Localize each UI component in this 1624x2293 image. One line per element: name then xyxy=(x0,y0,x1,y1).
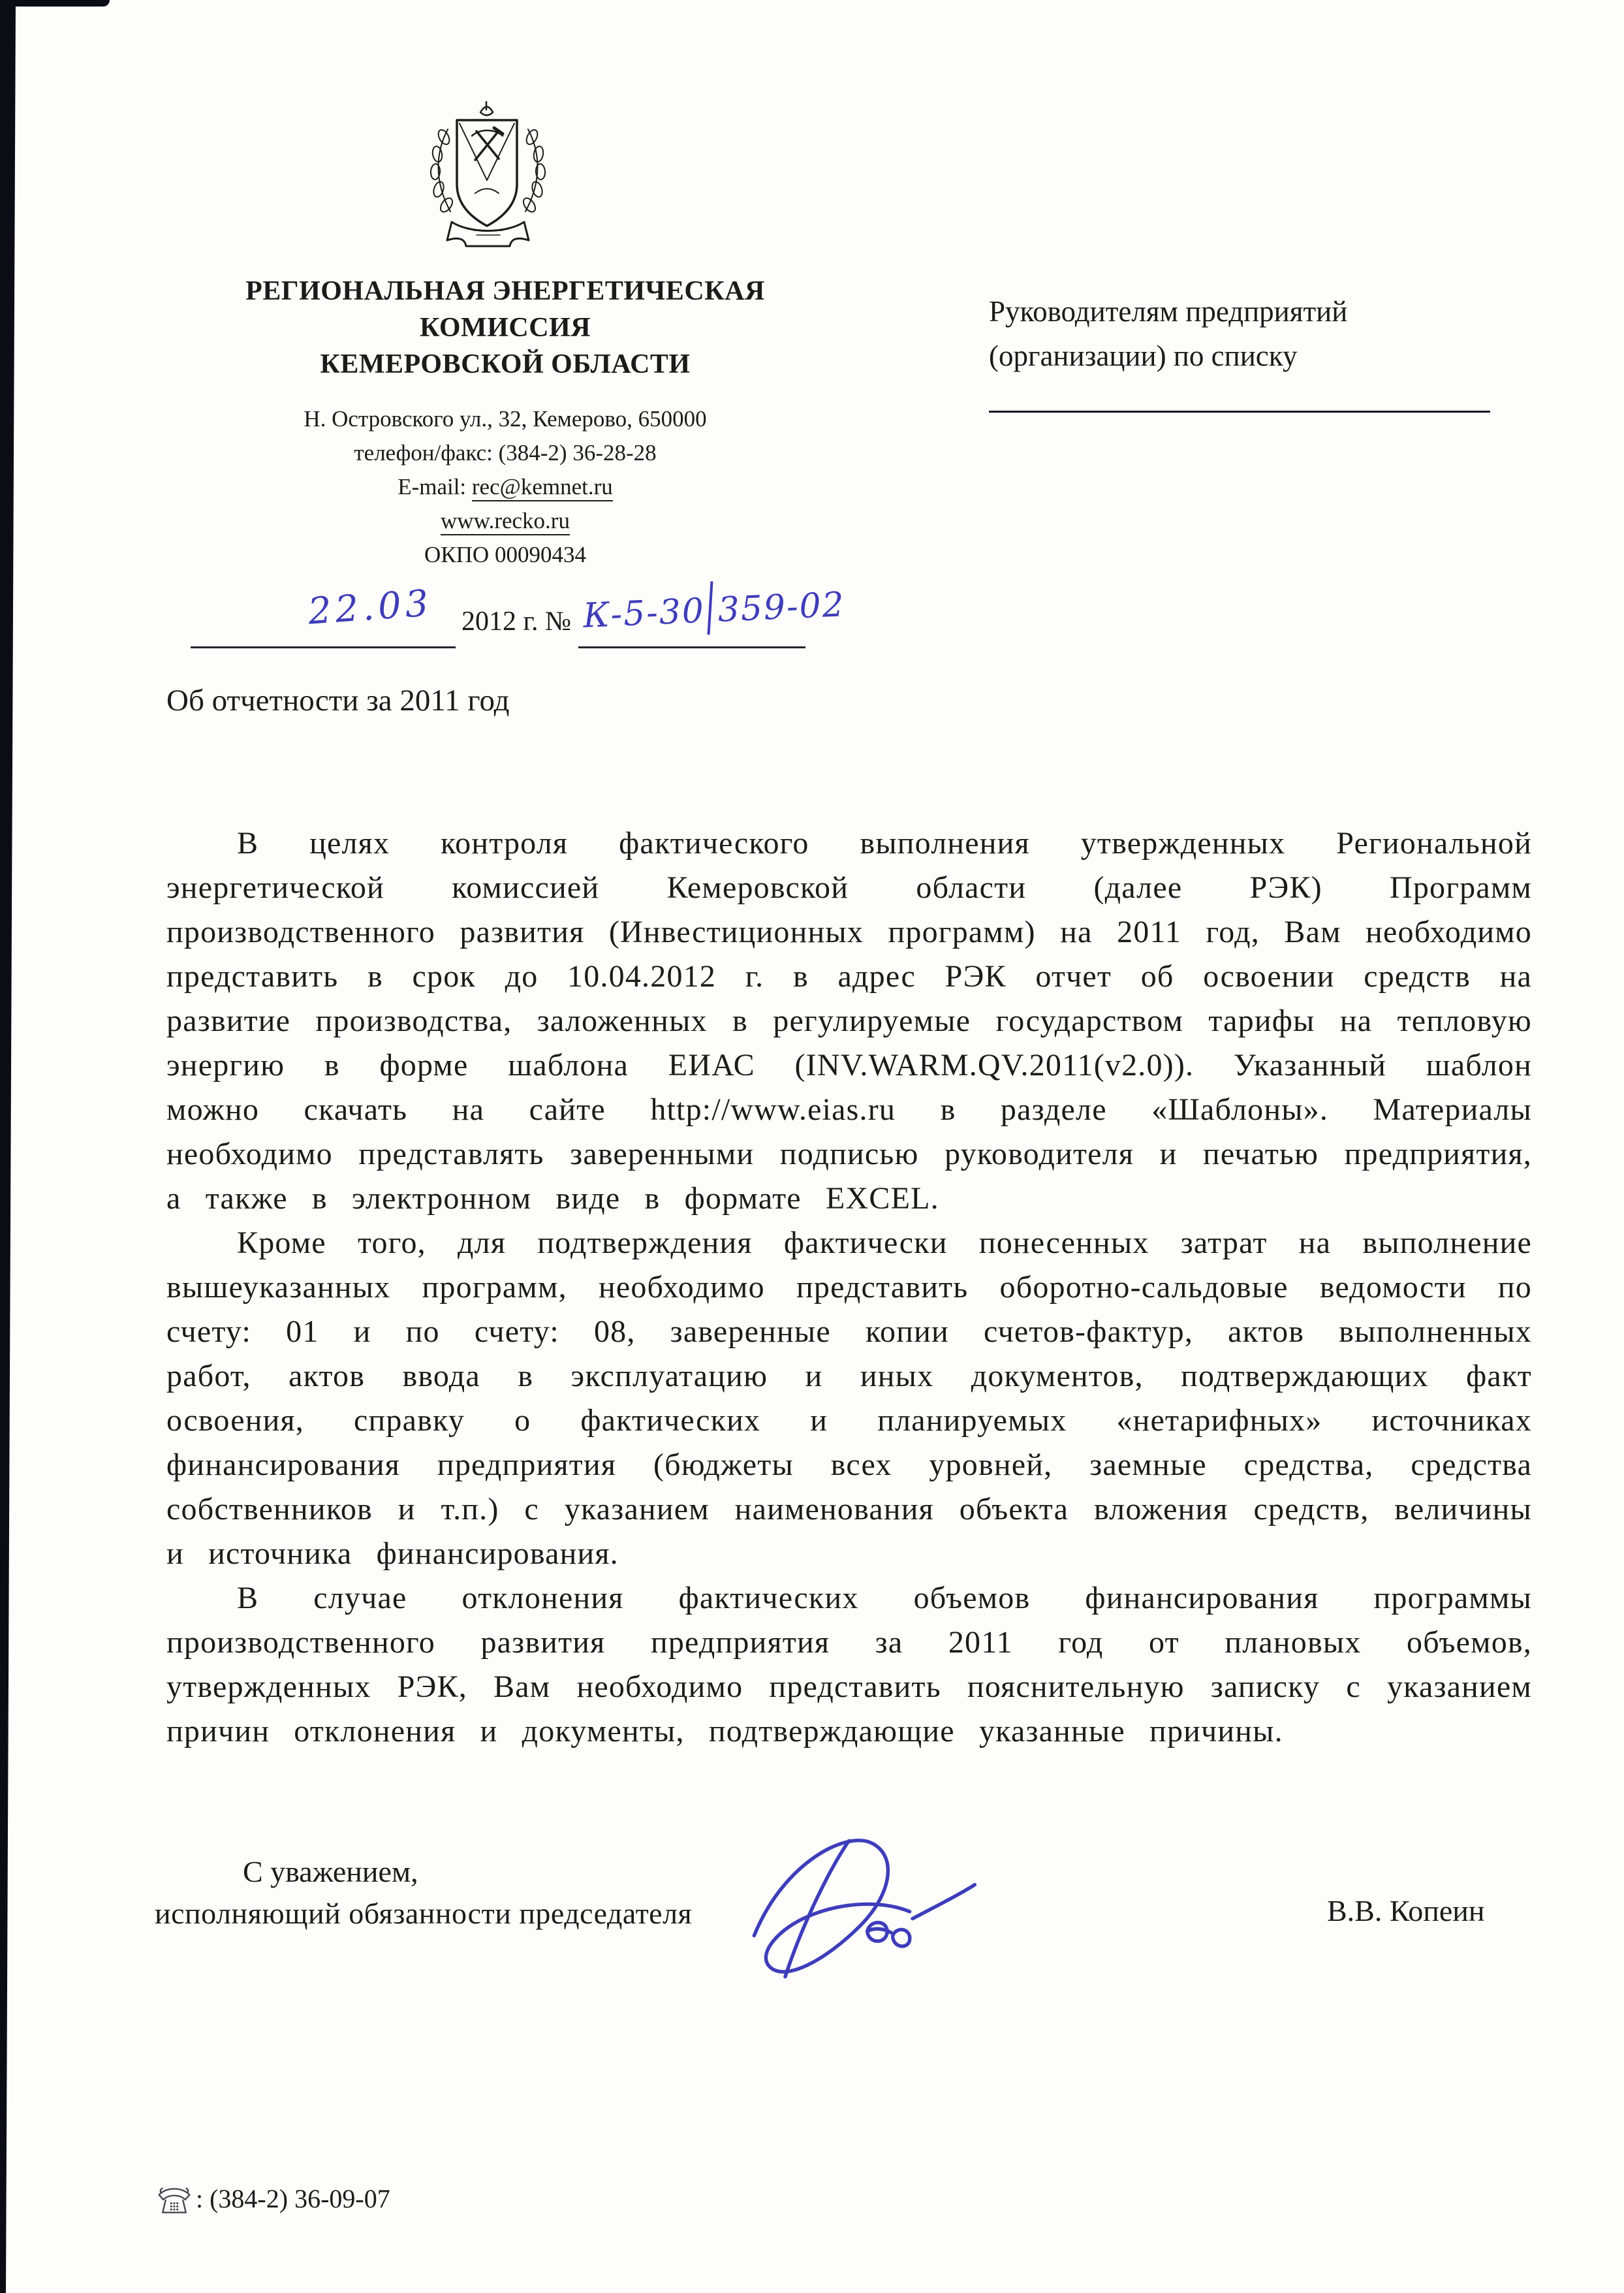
recipient-line1: Руководителям предприятий xyxy=(989,289,1505,334)
org-phone-fax: телефон/факс: (384-2) 36-28-28 xyxy=(164,436,846,470)
signature-autograph xyxy=(741,1828,982,1998)
closing-line: С уважением, xyxy=(243,1854,418,1889)
telephone-icon xyxy=(155,2185,193,2216)
body-paragraph-1: В целях контроля фактического выполнения… xyxy=(166,821,1532,1221)
handwritten-number-divider xyxy=(707,581,713,635)
subject-line: Об отчетности за 2011 год xyxy=(166,683,510,718)
org-okpo: ОКПО 00090434 xyxy=(164,538,846,572)
signer-name: В.В. Копеин xyxy=(1327,1893,1485,1928)
org-name-line2: КОМИССИЯ xyxy=(164,309,846,346)
body-paragraph-3: В случае отклонения фактических объемов … xyxy=(166,1576,1532,1754)
org-contacts: Н. Островского ул., 32, Кемерово, 650000… xyxy=(164,402,846,572)
handwritten-number: К-5-30359-02 xyxy=(582,575,846,640)
org-name-line1: РЕГИОНАЛЬНАЯ ЭНЕРГЕТИЧЕСКАЯ xyxy=(164,273,846,309)
email-address: rec@kemnet.ru xyxy=(472,474,613,501)
email-label: E-mail: xyxy=(398,474,472,499)
org-address: Н. Островского ул., 32, Кемерово, 650000 xyxy=(164,402,846,436)
body-paragraph-2: Кроме того, для подтверждения фактически… xyxy=(166,1221,1532,1576)
handwritten-number-part2: 359-02 xyxy=(717,585,846,629)
website-url: www.recko.ru xyxy=(441,508,570,535)
org-name-line3: КЕМЕРОВСКОЙ ОБЛАСТИ xyxy=(164,346,846,383)
recipient-line2: (организации) по списку xyxy=(989,334,1505,378)
number-underline xyxy=(578,646,805,648)
org-email-line: E-mail: rec@kemnet.ru xyxy=(164,470,846,504)
footer-phone-line: : (384-2) 36-09-07 xyxy=(155,2182,390,2216)
footer-phone-number: : (384-2) 36-09-07 xyxy=(196,2182,390,2216)
scanned-letter-page: РЕГИОНАЛЬНАЯ ЭНЕРГЕТИЧЕСКАЯ КОМИССИЯ КЕМ… xyxy=(0,0,1624,2293)
kemerovo-coat-of-arms-icon xyxy=(418,95,558,252)
letterhead-block: РЕГИОНАЛЬНАЯ ЭНЕРГЕТИЧЕСКАЯ КОМИССИЯ КЕМ… xyxy=(164,273,846,572)
reference-year-label: 2012 г. № xyxy=(461,606,571,637)
recipient-underline xyxy=(989,411,1490,413)
handwritten-date: 22.03 xyxy=(307,582,433,633)
org-name: РЕГИОНАЛЬНАЯ ЭНЕРГЕТИЧЕСКАЯ КОМИССИЯ КЕМ… xyxy=(164,273,846,383)
org-website-line: www.recko.ru xyxy=(164,504,846,538)
recipient-block: Руководителям предприятий (организации) … xyxy=(989,289,1505,413)
letter-body: В целях контроля фактического выполнения… xyxy=(166,821,1532,1754)
handwritten-number-part1: К-5-30 xyxy=(582,592,706,636)
scan-border-left xyxy=(0,0,16,2293)
signer-position: исполняющий обязанности председателя xyxy=(155,1896,692,1931)
date-underline xyxy=(191,646,456,648)
scan-border-top xyxy=(0,0,110,7)
